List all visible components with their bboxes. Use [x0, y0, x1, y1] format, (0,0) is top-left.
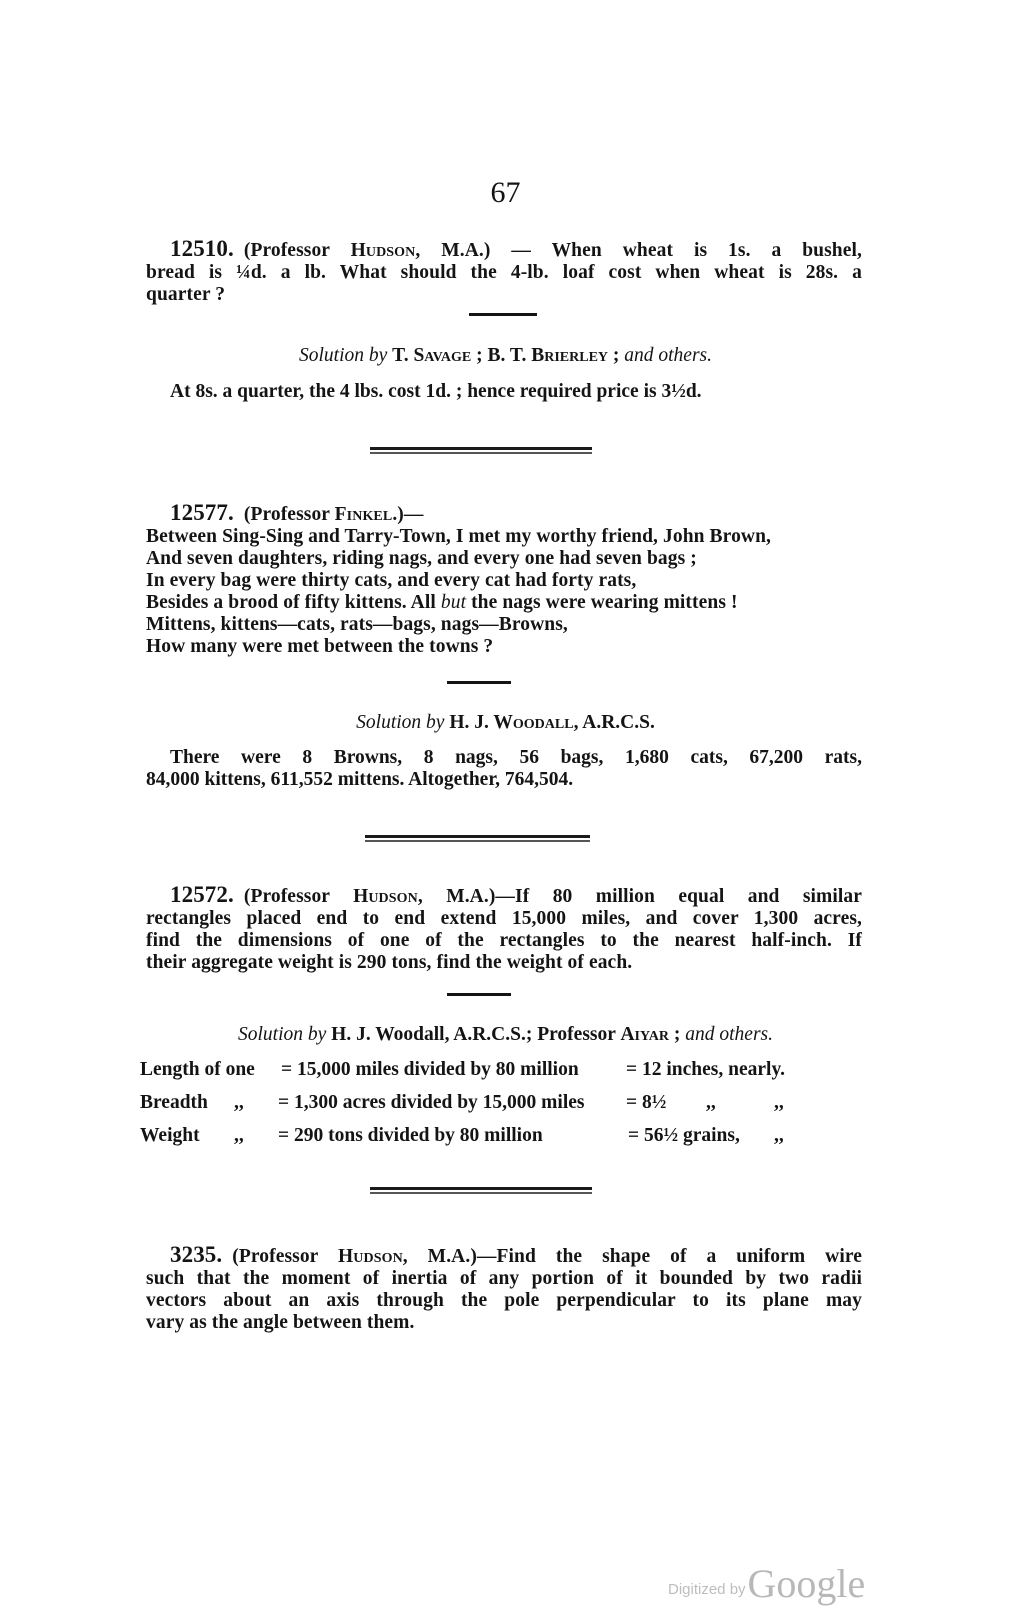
problem-number: 3235.: [170, 1242, 222, 1267]
question-text: When wheat is 1s. a bushel,: [552, 240, 862, 261]
solution-by-label: Solution by: [356, 712, 444, 733]
question-line: vary as the angle between them.: [146, 1312, 862, 1334]
ditto-mark: ,,: [774, 1092, 784, 1114]
proposer-prefix: (Professor: [244, 886, 353, 907]
verse-fragment: the nags were wearing mittens !: [471, 592, 737, 613]
calc-result: = 56½ grains,: [628, 1125, 740, 1147]
solution-attribution: Solution by T. Savage ; B. T. Brierley ;…: [0, 345, 1011, 367]
solution-text: At 8s. a quarter, the 4 lbs. cost 1d. ; …: [146, 381, 862, 403]
verse-line: And seven daughters, riding nags, and ev…: [146, 548, 862, 570]
verse-line: Besides a brood of fifty kittens. All bu…: [146, 592, 862, 614]
ditto-mark: ,,: [706, 1092, 716, 1114]
solution-by-label: Solution by: [238, 1024, 326, 1045]
google-logo: Google: [748, 1561, 866, 1606]
question-text: Find the shape of a uniform wire: [497, 1246, 862, 1267]
verse-emphasis: but: [441, 592, 466, 613]
solution-line: 84,000 kittens, 611,552 mittens. Altoget…: [146, 769, 862, 791]
calc-expression: = 290 tons divided by 80 million: [278, 1125, 543, 1147]
ditto-mark: ,,: [234, 1125, 244, 1147]
page-number: 67: [0, 176, 1011, 210]
problem-number: 12572.: [170, 882, 234, 907]
verse-line: How many were met between the towns ?: [146, 636, 862, 658]
proposer-suffix: .)—: [392, 504, 423, 525]
question-line: vectors about an axis through the pole p…: [146, 1290, 862, 1312]
verse-line: Between Sing-Sing and Tarry-Town, I met …: [146, 526, 862, 548]
question-text: If 80 million equal and similar: [515, 886, 862, 907]
solvers: T. Savage ; B. T. Brierley ;: [392, 345, 619, 366]
solution-by-label: Solution by: [299, 345, 387, 366]
proposer-name: Finkel: [335, 504, 393, 525]
proposer-suffix: , M.A.)—: [418, 886, 515, 907]
section-divider: [370, 447, 592, 454]
proposer-name: Hudson: [353, 886, 418, 907]
question-line: quarter ?: [146, 284, 862, 306]
proposer-prefix: (Professor: [232, 1246, 338, 1267]
short-divider: [469, 313, 537, 316]
calc-label: Length of one: [140, 1059, 255, 1081]
and-others: and others.: [685, 1024, 773, 1045]
calc-expression: = 1,300 acres divided by 15,000 miles: [278, 1092, 585, 1114]
calc-result: = 12 inches, nearly.: [626, 1059, 785, 1081]
short-divider: [447, 681, 511, 684]
solution-attribution: Solution by H. J. Woodall, A.R.C.S.; Pro…: [0, 1024, 1011, 1046]
question-line: bread is ¼d. a lb. What should the 4-lb.…: [146, 262, 862, 284]
calc-label: Breadth: [140, 1092, 208, 1114]
problem-number: 12577.: [170, 500, 234, 525]
proposer-prefix: (Professor: [244, 504, 335, 525]
problem-3235: 3235.(Professor Hudson, M.A.)—Find the s…: [146, 1244, 862, 1334]
and-others: and others.: [624, 345, 712, 366]
question-line: their aggregate weight is 290 tons, find…: [146, 952, 862, 974]
verse-line: Mittens, kittens—cats, rats—bags, nags—B…: [146, 614, 862, 636]
section-divider: [365, 835, 590, 842]
calc-expression: = 15,000 miles divided by 80 million: [281, 1059, 579, 1081]
question-line: such that the moment of inertia of any p…: [146, 1268, 862, 1290]
calculation-table: Length of one = 15,000 miles divided by …: [146, 1059, 876, 1158]
short-divider: [447, 993, 511, 996]
question-line: find the dimensions of one of the rectan…: [146, 930, 862, 952]
proposer-name: Hudson: [338, 1246, 403, 1267]
question-line: rectangles placed end to end extend 15,0…: [146, 908, 862, 930]
section-divider: [370, 1187, 592, 1194]
calc-row-length: Length of one = 15,000 miles divided by …: [146, 1059, 876, 1092]
ditto-mark: ,,: [234, 1092, 244, 1114]
proposer-suffix: , M.A.)—: [403, 1246, 497, 1267]
calc-row-breadth: Breadth ,, = 1,300 acres divided by 15,0…: [146, 1092, 876, 1125]
problem-number: 12510.: [170, 236, 234, 261]
proposer-name: Hudson: [351, 240, 416, 261]
solvers: H. J. Woodall, A.R.C.S.; Professor: [331, 1024, 615, 1045]
proposer-prefix: (Professor: [244, 240, 351, 261]
solvers: H. J. Woodall, A.R.C.S.: [449, 712, 655, 733]
solution-line: There were 8 Browns, 8 nags, 56 bags, 1,…: [146, 747, 862, 769]
verse-fragment: Besides a brood of fifty kittens. All: [146, 592, 436, 613]
calc-result: = 8½: [626, 1092, 666, 1114]
calc-row-weight: Weight ,, = 290 tons divided by 80 milli…: [146, 1125, 876, 1158]
solution-line: At 8s. a quarter, the 4 lbs. cost 1d. ; …: [170, 381, 702, 402]
digitized-by-google-watermark: Digitized byGoogle: [668, 1560, 865, 1607]
watermark-prefix: Digitized by: [668, 1581, 746, 1598]
problem-12510: 12510.(Professor Hudson, M.A.) — When wh…: [146, 238, 862, 306]
ditto-mark: ,,: [774, 1125, 784, 1147]
problem-12577: 12577.(Professor Finkel.)— Between Sing-…: [146, 502, 862, 658]
proposer-suffix: , M.A.) —: [415, 240, 551, 261]
solution-attribution: Solution by H. J. Woodall, A.R.C.S.: [0, 712, 1011, 734]
solver-name: Aiyar: [620, 1024, 669, 1045]
separator: ;: [669, 1024, 680, 1045]
verse-line: In every bag were thirty cats, and every…: [146, 570, 862, 592]
calc-label: Weight: [140, 1125, 200, 1147]
solution-text: There were 8 Browns, 8 nags, 56 bags, 1,…: [146, 747, 862, 791]
problem-12572: 12572.(Professor Hudson, M.A.)—If 80 mil…: [146, 884, 862, 974]
